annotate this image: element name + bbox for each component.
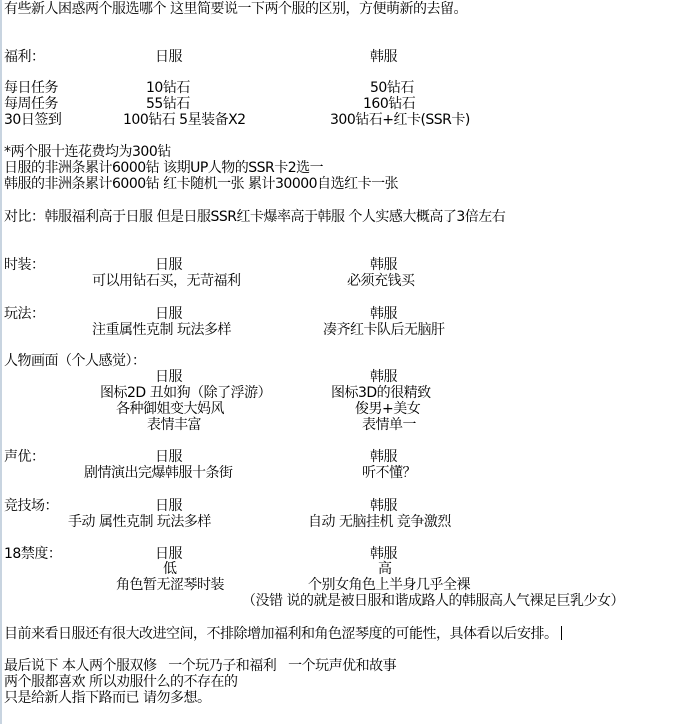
arena-jp-header: 日服 <box>155 498 182 514</box>
gameplay-label: 玩法： <box>4 306 45 322</box>
gameplay-jp-header: 日服 <box>155 306 182 322</box>
r18-note: （没错 说的就是被日服和谐成路人的韩服高人气裸足巨乳少女） <box>242 593 624 609</box>
welfare-row-kr: 50钻石 <box>370 80 414 96</box>
welfare-kr-header: 韩服 <box>370 49 397 65</box>
welfare-row-kr: 300钻石+红卡(SSR卡) <box>330 112 470 128</box>
fashion-label: 时装： <box>4 257 45 273</box>
intro-text: 有些新人困惑两个服选哪个 这里简要说一下两个服的区别，方便萌新的去留。 <box>4 1 467 17</box>
voice-jp-header: 日服 <box>155 449 182 465</box>
welfare-row-name: 每周任务 <box>4 96 58 112</box>
welfare-row-name: 30日签到 <box>4 112 61 128</box>
visuals-jp: 图标2D 丑如狗（除了浮游） <box>100 385 271 401</box>
visuals-kr: 俊男+美女 <box>355 401 420 417</box>
welfare-row-jp: 100钻石 5星装备X2 <box>123 112 246 128</box>
welfare-row-jp: 10钻石 <box>146 80 190 96</box>
welfare-comparison: 对比：韩服福利高于日服 但是日服SSR红卡爆率高于韩服 个人实感大概高了3倍左右 <box>4 209 505 225</box>
visuals-jp-header: 日服 <box>155 369 182 385</box>
welfare-note: *两个服十连花费均为300钻 <box>4 144 171 160</box>
voice-label: 声优： <box>4 449 45 465</box>
voice-jp: 剧情演出完爆韩服十条街 <box>84 465 233 481</box>
closing-line: 两个服都喜欢 所以劝服什么的不存在的 <box>4 674 237 690</box>
r18-kr-header: 韩服 <box>370 546 397 562</box>
welfare-label: 福利： <box>4 49 45 65</box>
welfare-row-kr: 160钻石 <box>363 96 415 112</box>
fashion-kr-header: 韩服 <box>370 257 397 273</box>
r18-jp-level: 低 <box>163 561 177 577</box>
visuals-kr: 表情单一 <box>362 417 416 433</box>
r18-jp-header: 日服 <box>155 546 182 562</box>
voice-kr: 听不懂？ <box>362 465 416 481</box>
left-border <box>0 0 2 724</box>
visuals-label: 人物画面（个人感觉）： <box>4 353 146 369</box>
closing-line: 只是给新人指下路而已 请勿多想。 <box>4 690 210 706</box>
r18-jp: 角色暂无涩琴时装 <box>116 577 224 593</box>
visuals-jp: 表情丰富 <box>147 417 201 433</box>
arena-kr-header: 韩服 <box>370 498 397 514</box>
arena-label: 竞技场： <box>4 498 58 514</box>
welfare-row-jp: 55钻石 <box>146 96 190 112</box>
closing-line: 最后说下 本人两个服双修 一个玩乃子和福利 一个玩声优和故事 <box>4 658 396 674</box>
r18-label: 18禁度： <box>4 546 61 562</box>
voice-kr-header: 韩服 <box>370 449 397 465</box>
fashion-jp-header: 日服 <box>155 257 182 273</box>
visuals-jp: 各种御姐变大妈风 <box>116 401 224 417</box>
welfare-jp-header: 日服 <box>155 49 182 65</box>
welfare-note: 韩服的非洲条累计6000钻 红卡随机一张 累计30000自选红卡一张 <box>4 176 398 192</box>
gameplay-kr: 凑齐红卡队后无脑肝 <box>323 322 445 338</box>
gameplay-jp: 注重属性克制 玩法多样 <box>92 322 231 338</box>
fashion-jp: 可以用钻石买，无苛福利 <box>92 273 241 289</box>
fashion-kr: 必须充钱买 <box>347 273 415 289</box>
r18-kr: 个别女角色上半身几乎全裸 <box>308 577 470 593</box>
arena-kr: 自动 无脑挂机 竞争激烈 <box>308 514 451 530</box>
outlook-text: 目前来看日服还有很大改进空间，不排除增加福利和角色涩琴度的可能性，具体看以后安排… <box>4 626 562 642</box>
arena-jp: 手动 属性克制 玩法多样 <box>68 514 211 530</box>
visuals-kr: 图标3D的很精致 <box>331 385 431 401</box>
text-caret <box>561 626 562 640</box>
welfare-note: 日服的非洲条累计6000钻 该期UP人物的SSR卡2选一 <box>4 160 323 176</box>
gameplay-kr-header: 韩服 <box>370 306 397 322</box>
visuals-kr-header: 韩服 <box>370 369 397 385</box>
welfare-row-name: 每日任务 <box>4 80 58 96</box>
r18-kr-level: 高 <box>378 561 392 577</box>
